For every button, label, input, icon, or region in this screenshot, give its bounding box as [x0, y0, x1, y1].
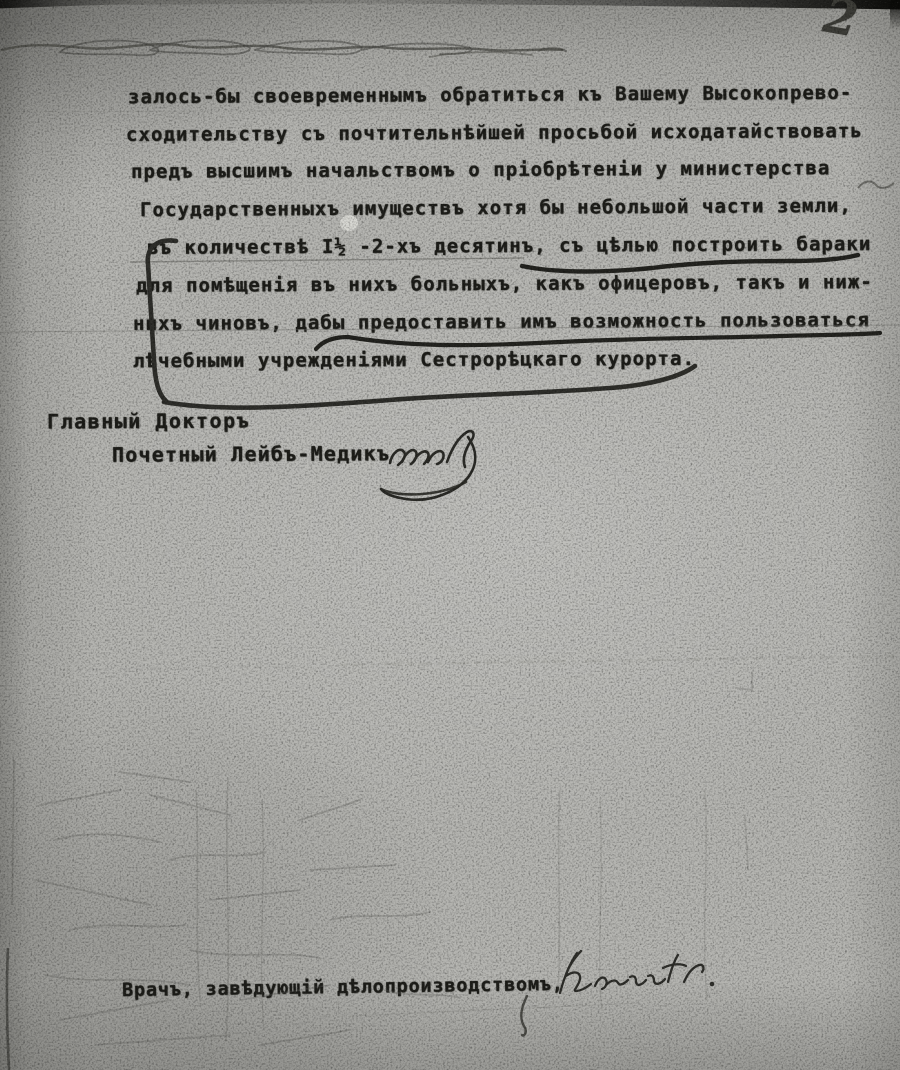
- page-number-handwritten: 2: [819, 0, 862, 48]
- typed-line: для помѣщенія въ нихъ больныхъ, какъ офи…: [136, 271, 873, 297]
- typed-line: въ количествѣ I½ -2-хъ десятинъ, съ цѣль…: [147, 233, 871, 259]
- scan-corner-shadow: [890, 0, 900, 30]
- margin-squiggle: [858, 182, 894, 188]
- underline-phrase-3: [164, 366, 695, 408]
- scan-top-edge: [0, 0, 900, 12]
- footer-role-line: Врачъ, завѣдующій дѣлопроизводствомъ,: [122, 974, 564, 1002]
- signoff-title: Главный Докторъ: [47, 409, 250, 432]
- typed-line: нихъ чиновъ, дабы предоставить имъ возмо…: [133, 309, 870, 335]
- typed-line: залось-бы своевременнымъ обратиться къ В…: [128, 82, 852, 108]
- typed-line: лѣчебными учрежденіями Сестрорѣцкаго кур…: [133, 348, 695, 372]
- typed-line: Государственныхъ имуществъ хотя бы небол…: [140, 195, 852, 221]
- scanned-document-page: 2 залось-бы своевременнымъ обратиться къ…: [0, 0, 900, 1070]
- footer-brace-mark: [521, 996, 527, 1035]
- crossed-out-scribble: [2, 40, 566, 57]
- clerk-signature: [560, 951, 714, 993]
- typed-line: предъ высшимъ начальствомъ о пріобрѣтені…: [131, 157, 830, 183]
- signoff-subtitle: Почетный Лейбъ-Медикъ: [112, 442, 390, 465]
- underline-phrase-2: [316, 333, 880, 349]
- scan-left-edge-line: [7, 760, 14, 1070]
- chief-doctor-signature: [381, 431, 475, 500]
- typed-line: сходительству съ почтительнѣйшей просьбо…: [126, 120, 863, 146]
- underline-phrase-1: [522, 255, 858, 272]
